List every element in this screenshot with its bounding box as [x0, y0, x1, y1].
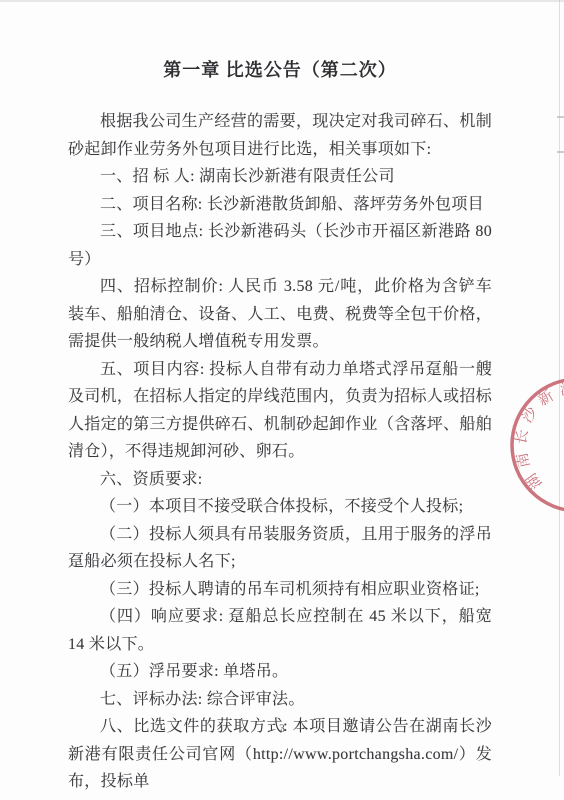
scan-artifact-tick	[557, 116, 564, 118]
item-tenderer: 一、招 标 人: 湖南长沙新港有限责任公司	[68, 163, 492, 191]
qualification-4: （四）响应要求: 趸船总长应控制在 45 米以下，船宽 14 米以下。	[68, 603, 492, 658]
scanned-document-page: 第一章 比选公告（第二次） 根据我公司生产经营的需要，现决定对我司碎石、机制砂起…	[0, 0, 564, 800]
item-evaluation-method: 七、评标办法: 综合评审法。	[68, 686, 492, 714]
item-project-content: 五、项目内容: 投标人自带有动力单塔式浮吊趸船一艘及司机，在招标人指定的岸线范围…	[68, 356, 492, 466]
item-project-location: 三、项目地点: 长沙新港码头（长沙市开福区新港路 80 号）	[68, 218, 492, 273]
document-body: 第一章 比选公告（第二次） 根据我公司生产经营的需要，现决定对我司碎石、机制砂起…	[68, 46, 492, 796]
qualification-3: （三）投标人聘请的吊车司机须持有相应职业资格证;	[68, 576, 492, 604]
company-seal-icon: 湖南长沙新港有限责任公司	[498, 365, 564, 525]
intro-paragraph: 根据我公司生产经营的需要，现决定对我司碎石、机制砂起卸作业劳务外包项目进行比选，…	[68, 108, 492, 163]
seal-arc-text: 湖南长沙新港有限责任公司	[498, 365, 564, 525]
scan-artifact-tick	[557, 151, 564, 153]
qualification-1: （一）本项目不接受联合体投标，不接受个人投标;	[68, 493, 492, 521]
qualification-5: （五）浮吊要求: 单塔吊。	[68, 658, 492, 686]
scan-artifact-top-band	[0, 0, 564, 2]
seal-ring	[512, 379, 564, 511]
item-control-price: 四、招标控制价: 人民币 3.58 元/吨，此价格为含铲车装车、船舶清仓、设备、…	[68, 273, 492, 356]
page-title: 第一章 比选公告（第二次）	[68, 56, 492, 82]
item-qualification-heading: 六、资质要求:	[68, 466, 492, 494]
page-number: 3	[0, 721, 564, 736]
qualification-2: （二）投标人须具有吊装服务资质，且用于服务的浮吊趸船必须在投标人名下;	[68, 521, 492, 576]
item-project-name: 二、项目名称: 长沙新港散货卸船、落坪劳务外包项目	[68, 191, 492, 219]
